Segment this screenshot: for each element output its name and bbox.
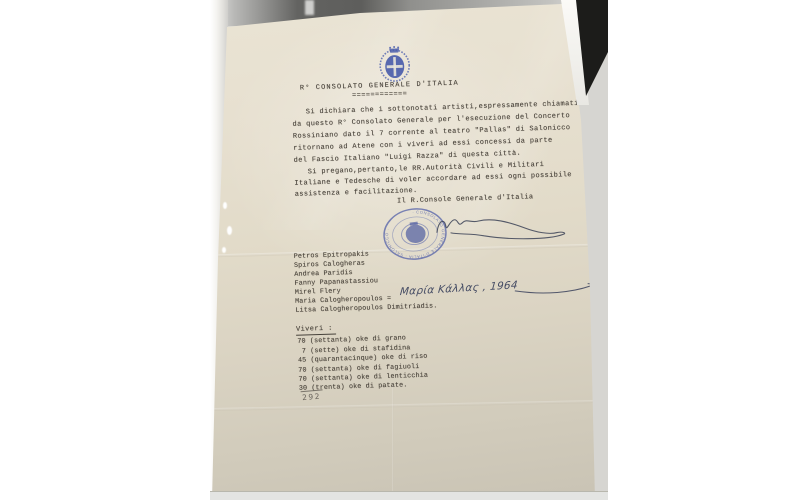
sleeve-glare-speck bbox=[227, 226, 232, 235]
sleeve-reflection bbox=[305, 0, 314, 15]
annotation-underline-arrow-icon bbox=[392, 275, 608, 304]
handwritten-total: 292 bbox=[301, 389, 324, 402]
sleeve-glare-speck bbox=[223, 202, 227, 209]
sleeve-glare-speck bbox=[222, 247, 226, 253]
artist-name: Fanny Papanastassiou bbox=[294, 277, 378, 288]
provisions-heading: Viveri : bbox=[296, 325, 336, 336]
sleeve-bottom-edge bbox=[210, 491, 608, 500]
letter-paper: R° CONSOLATO GENERALE D'ITALIA =========… bbox=[210, 0, 608, 500]
letter-content: R° CONSOLATO GENERALE D'ITALIA =========… bbox=[285, 35, 608, 455]
consulate-emblem-icon bbox=[375, 44, 414, 85]
signature-icon bbox=[428, 200, 577, 255]
artist-name: Spiros Calogheras bbox=[294, 260, 365, 270]
artist-name: Mirel Flery bbox=[295, 287, 341, 296]
document-photo: R° CONSOLATO GENERALE D'ITALIA =========… bbox=[210, 0, 608, 500]
screenshot-root: R° CONSOLATO GENERALE D'ITALIA =========… bbox=[0, 0, 800, 500]
